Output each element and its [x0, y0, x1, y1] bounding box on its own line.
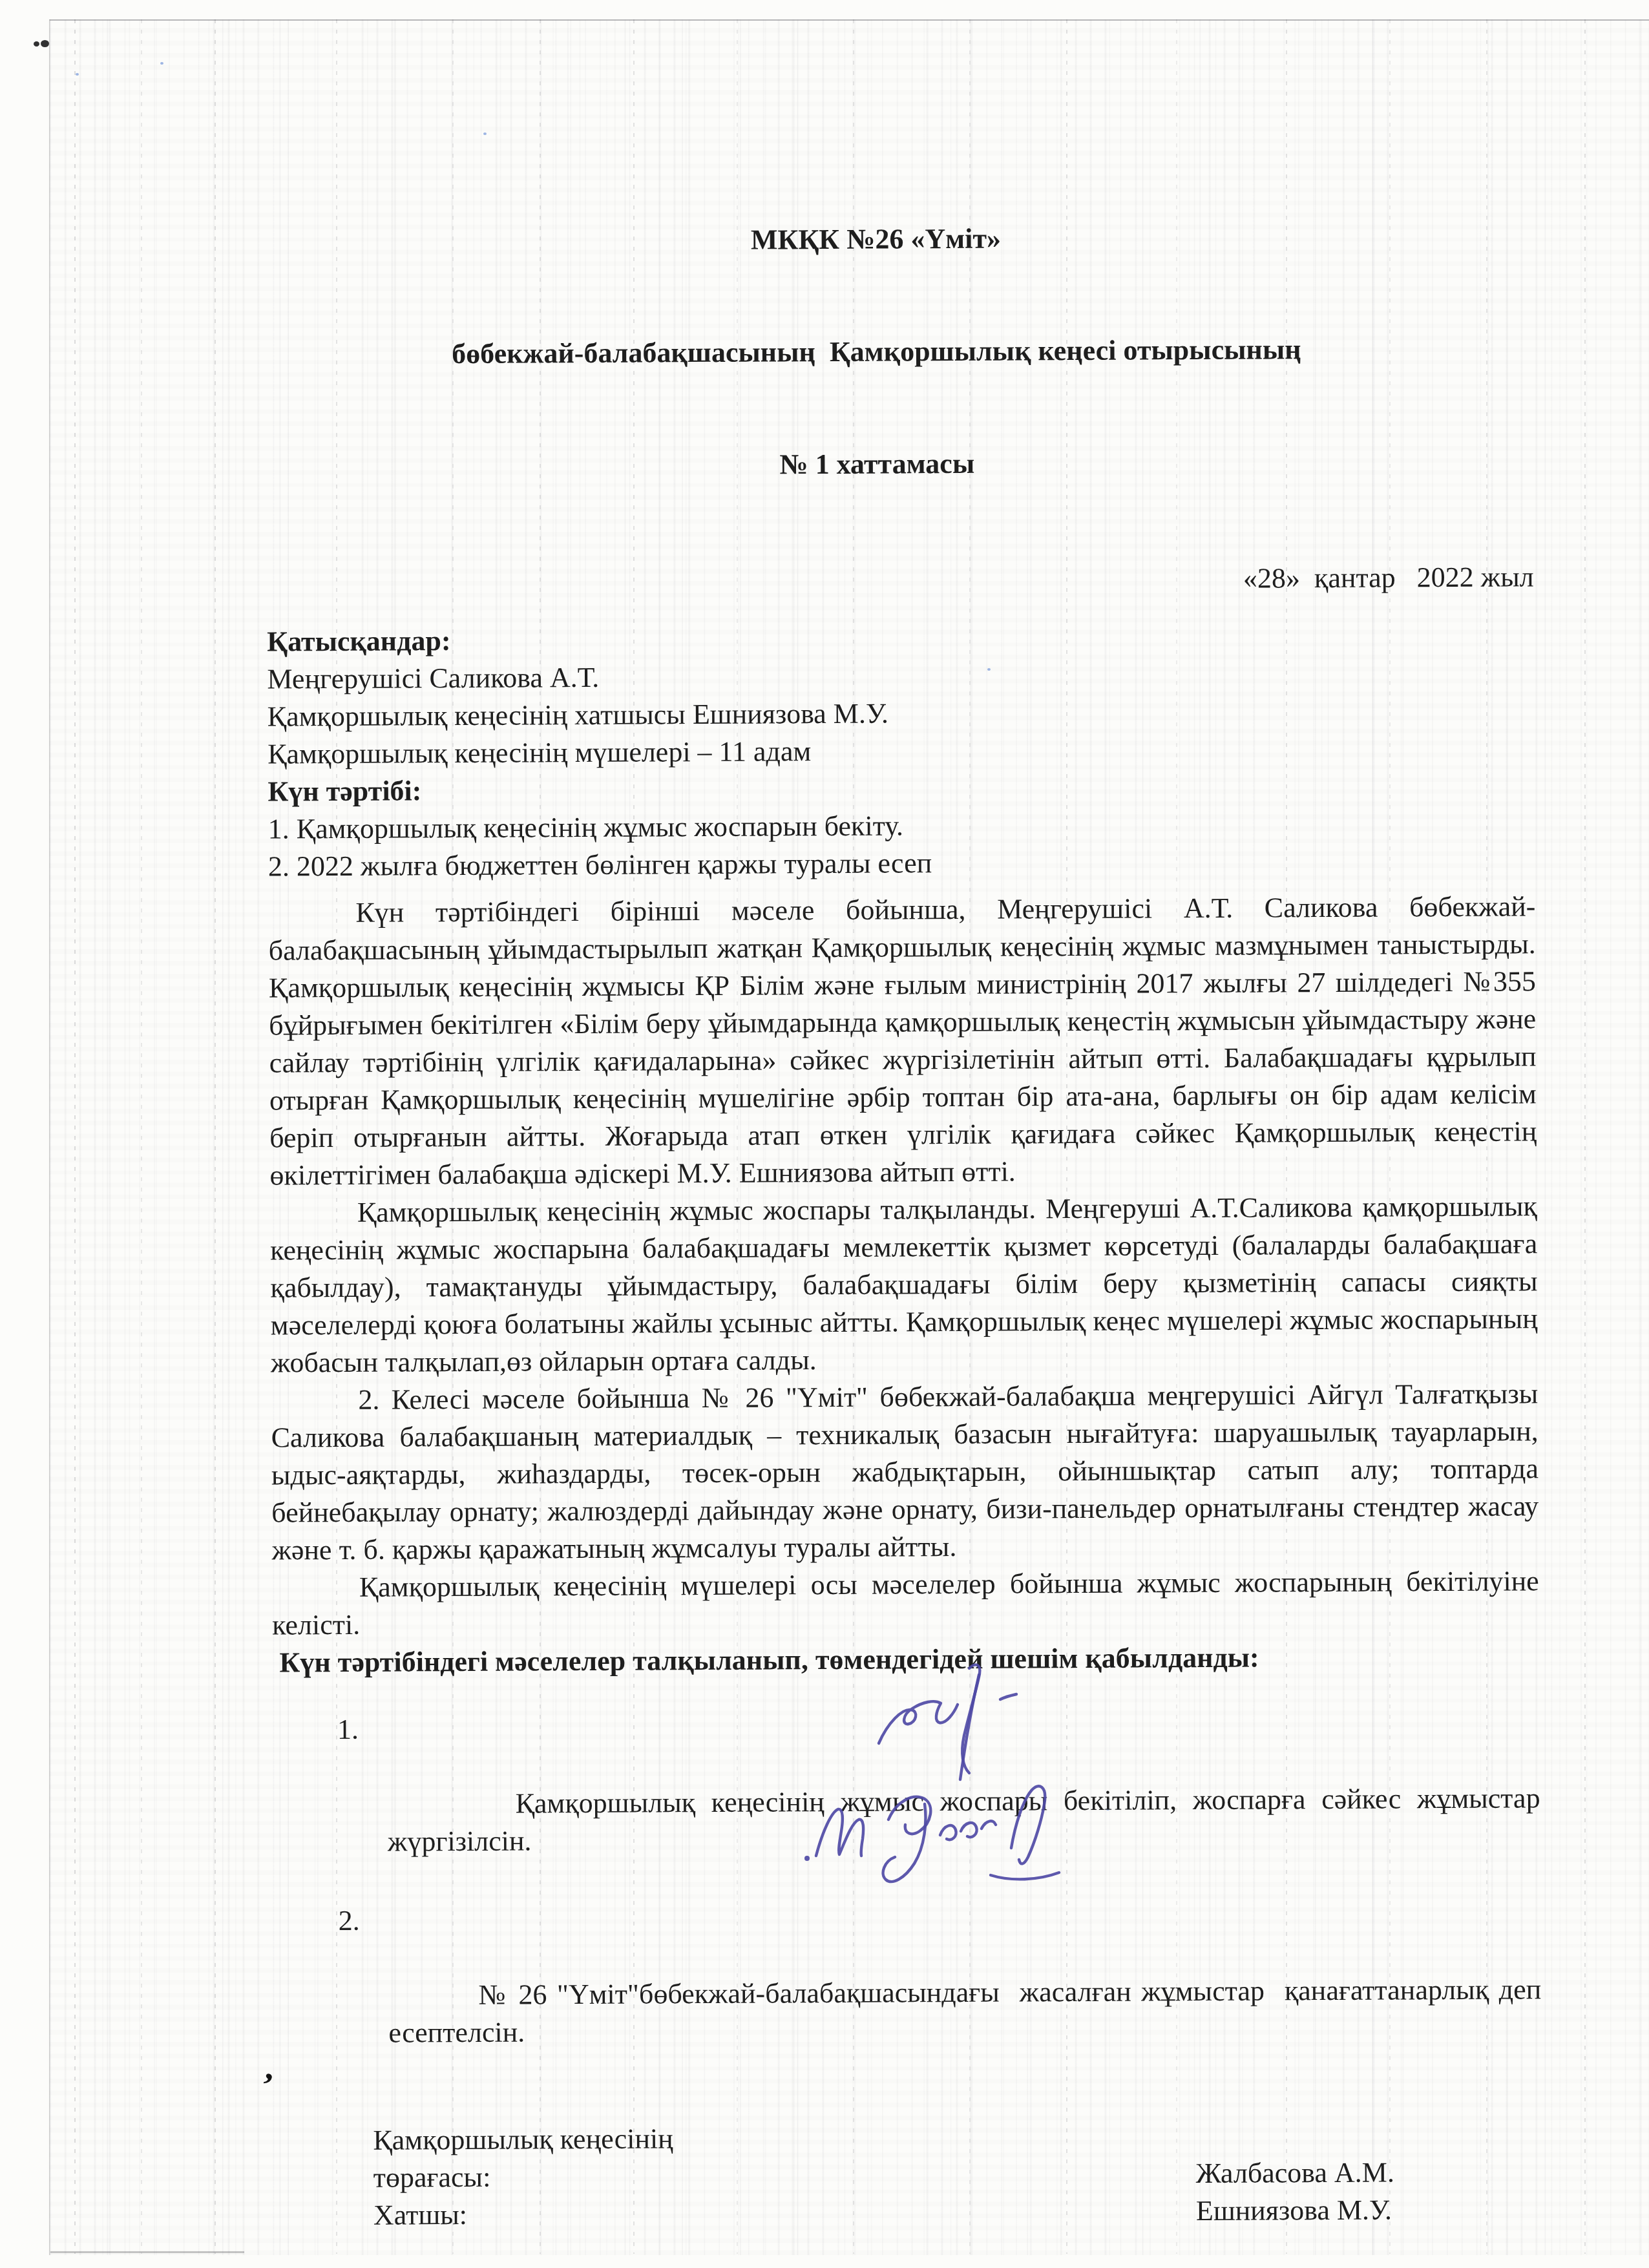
agenda-heading: Күн тәртібі:: [268, 766, 1535, 810]
decision-number: 2.: [338, 1902, 359, 1940]
date-line: «28» қантар 2022 жыл: [267, 558, 1534, 602]
scanned-protocol-page: МКҚК №26 «Үміт» бөбекжай-балабақшасының …: [0, 0, 1649, 2268]
participant-line: Меңгерушісі Саликова А.Т.: [267, 654, 1534, 698]
decision-text: № 26 "Үміт"бөбекжай-балабақшасындағы жас…: [388, 1973, 1548, 2048]
decision-item: 2. № 26 "Үміт"бөбекжай-балабақшасындағы …: [273, 1896, 1541, 2090]
signature-block: Қамқоршылық кеңесінің төрағасы: Жалбасов…: [373, 2116, 1542, 2234]
body-paragraph-3: 2. Келесі мәселе бойынша № 26 "Үміт" бөб…: [271, 1375, 1539, 1569]
body-paragraph-4: Қамқоршылық кеңесінің мүшелері осы мәсел…: [272, 1562, 1540, 1644]
signature-name-chairman: Жалбасова А.М.: [1195, 2154, 1394, 2192]
signature-row-chairman: төрағасы: Жалбасова А.М.: [373, 2153, 1542, 2196]
signature-role-secretary: Хатшы:: [373, 2199, 467, 2231]
participant-line: Қамқоршылық кеңесінің хатшысы Ешниязова …: [268, 691, 1535, 735]
secretary-signature: [798, 1752, 1082, 1895]
signature-role-chairman: төрағасы:: [373, 2161, 491, 2194]
title-line-2: бөбекжай-балабақшасының Қамқоршылық кеңе…: [266, 330, 1487, 374]
title-line-1: МКҚК №26 «Үміт»: [265, 218, 1487, 262]
decision-number: 1.: [337, 1711, 359, 1748]
document-content: МКҚК №26 «Үміт» бөбекжай-балабақшасының …: [0, 0, 1649, 2268]
signature-name-secretary: Ешниязова М.У.: [1196, 2191, 1392, 2230]
participant-line: Қамқоршылық кеңесінің мүшелері – 11 адам: [268, 729, 1535, 773]
signature-row-secretary: Хатшы: Ешниязова М.У.: [373, 2190, 1542, 2234]
signature-org-line: Қамқоршылық кеңесінің: [373, 2116, 1542, 2159]
participants-heading: Қатысқандар:: [267, 616, 1534, 660]
body-paragraph-2: Қамқоршылық кеңесінің жұмыс жоспары талқ…: [270, 1188, 1538, 1381]
body-paragraph-1: Күн тәртібіндегі бірінші мәселе бойынша,…: [268, 888, 1537, 1194]
title-line-3: № 1 хаттамасы: [266, 443, 1488, 487]
agenda-item: 2. 2022 жылға бюджеттен бөлінген қаржы т…: [268, 841, 1535, 885]
agenda-item: 1. Қамқоршылық кеңесінің жұмыс жоспарын …: [268, 804, 1535, 848]
document-title: МКҚК №26 «Үміт» бөбекжай-балабақшасының …: [264, 143, 1488, 562]
